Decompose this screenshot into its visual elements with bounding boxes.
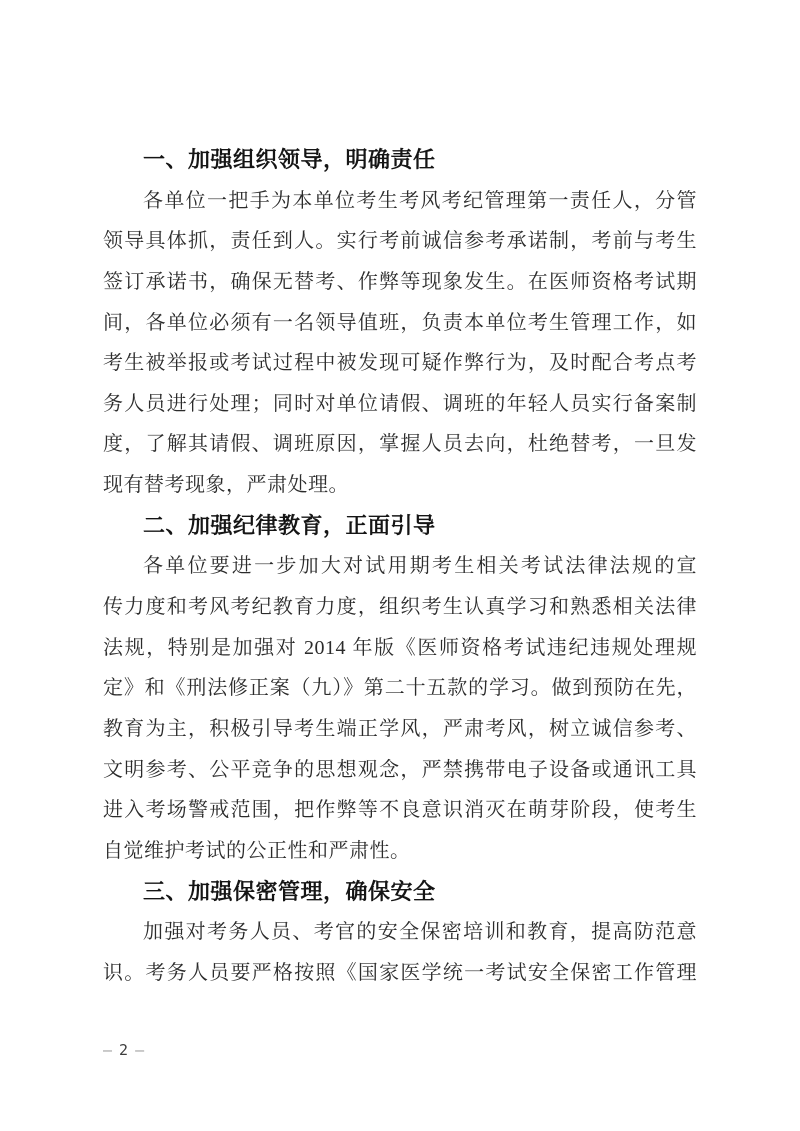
footer-page-number: 2 <box>119 1041 128 1059</box>
footer-dash-left: — <box>103 1041 112 1059</box>
body-line: 加强对考务人员、考官的安全保密培训和教育，提高防范意 <box>103 912 697 953</box>
body-line: 度，了解其请假、调班原因，掌握人员去向，杜绝替考，一旦发 <box>103 424 697 465</box>
section-3-heading: 三、加强保密管理，确保安全 <box>103 872 697 913</box>
body-line: 各单位一把手为本单位考生考风考纪管理第一责任人，分管 <box>103 181 697 222</box>
body-line: 自觉维护考试的公正性和严肃性。 <box>103 831 697 872</box>
body-line: 间，各单位必须有一名领导值班，负责本单位考生管理工作，如 <box>103 303 697 344</box>
body-line: 各单位要进一步加大对试用期考生相关考试法律法规的宣 <box>103 546 697 587</box>
body-line: 定》和《刑法修正案（九）》第二十五款的学习。做到预防在先， <box>103 668 697 709</box>
body-line: 领导具体抓，责任到人。实行考前诚信参考承诺制，考前与考生 <box>103 221 697 262</box>
body-line: 签订承诺书，确保无替考、作弊等现象发生。在医师资格考试期 <box>103 262 697 303</box>
body-line: 教育为主，积极引导考生端正学风，严肃考风，树立诚信参考、 <box>103 709 697 750</box>
body-line: 考生被举报或考试过程中被发现可疑作弊行为，及时配合考点考 <box>103 343 697 384</box>
document-body: 一、加强组织领导，明确责任 各单位一把手为本单位考生考风考纪管理第一责任人，分管… <box>103 140 697 993</box>
body-line: 务人员进行处理；同时对单位请假、调班的年轻人员实行备案制 <box>103 384 697 425</box>
section-2-heading: 二、加强纪律教育，正面引导 <box>103 506 697 547</box>
body-line: 法规，特别是加强对 2014 年版《医师资格考试违纪违规处理规 <box>103 628 697 669</box>
body-line: 文明参考、公平竞争的思想观念，严禁携带电子设备或通讯工具 <box>103 750 697 791</box>
footer-dash-right: — <box>135 1041 144 1059</box>
body-line: 传力度和考风考纪教育力度，组织考生认真学习和熟悉相关法律 <box>103 587 697 628</box>
document-page: 一、加强组织领导，明确责任 各单位一把手为本单位考生考风考纪管理第一责任人，分管… <box>0 0 800 1131</box>
section-1-heading: 一、加强组织领导，明确责任 <box>103 140 697 181</box>
body-line: 现有替考现象，严肃处理。 <box>103 465 697 506</box>
body-line: 识。考务人员要严格按照《国家医学统一考试安全保密工作管理 <box>103 953 697 994</box>
page-number: —2— <box>103 1041 144 1059</box>
body-line: 进入考场警戒范围，把作弊等不良意识消灭在萌芽阶段，使考生 <box>103 790 697 831</box>
